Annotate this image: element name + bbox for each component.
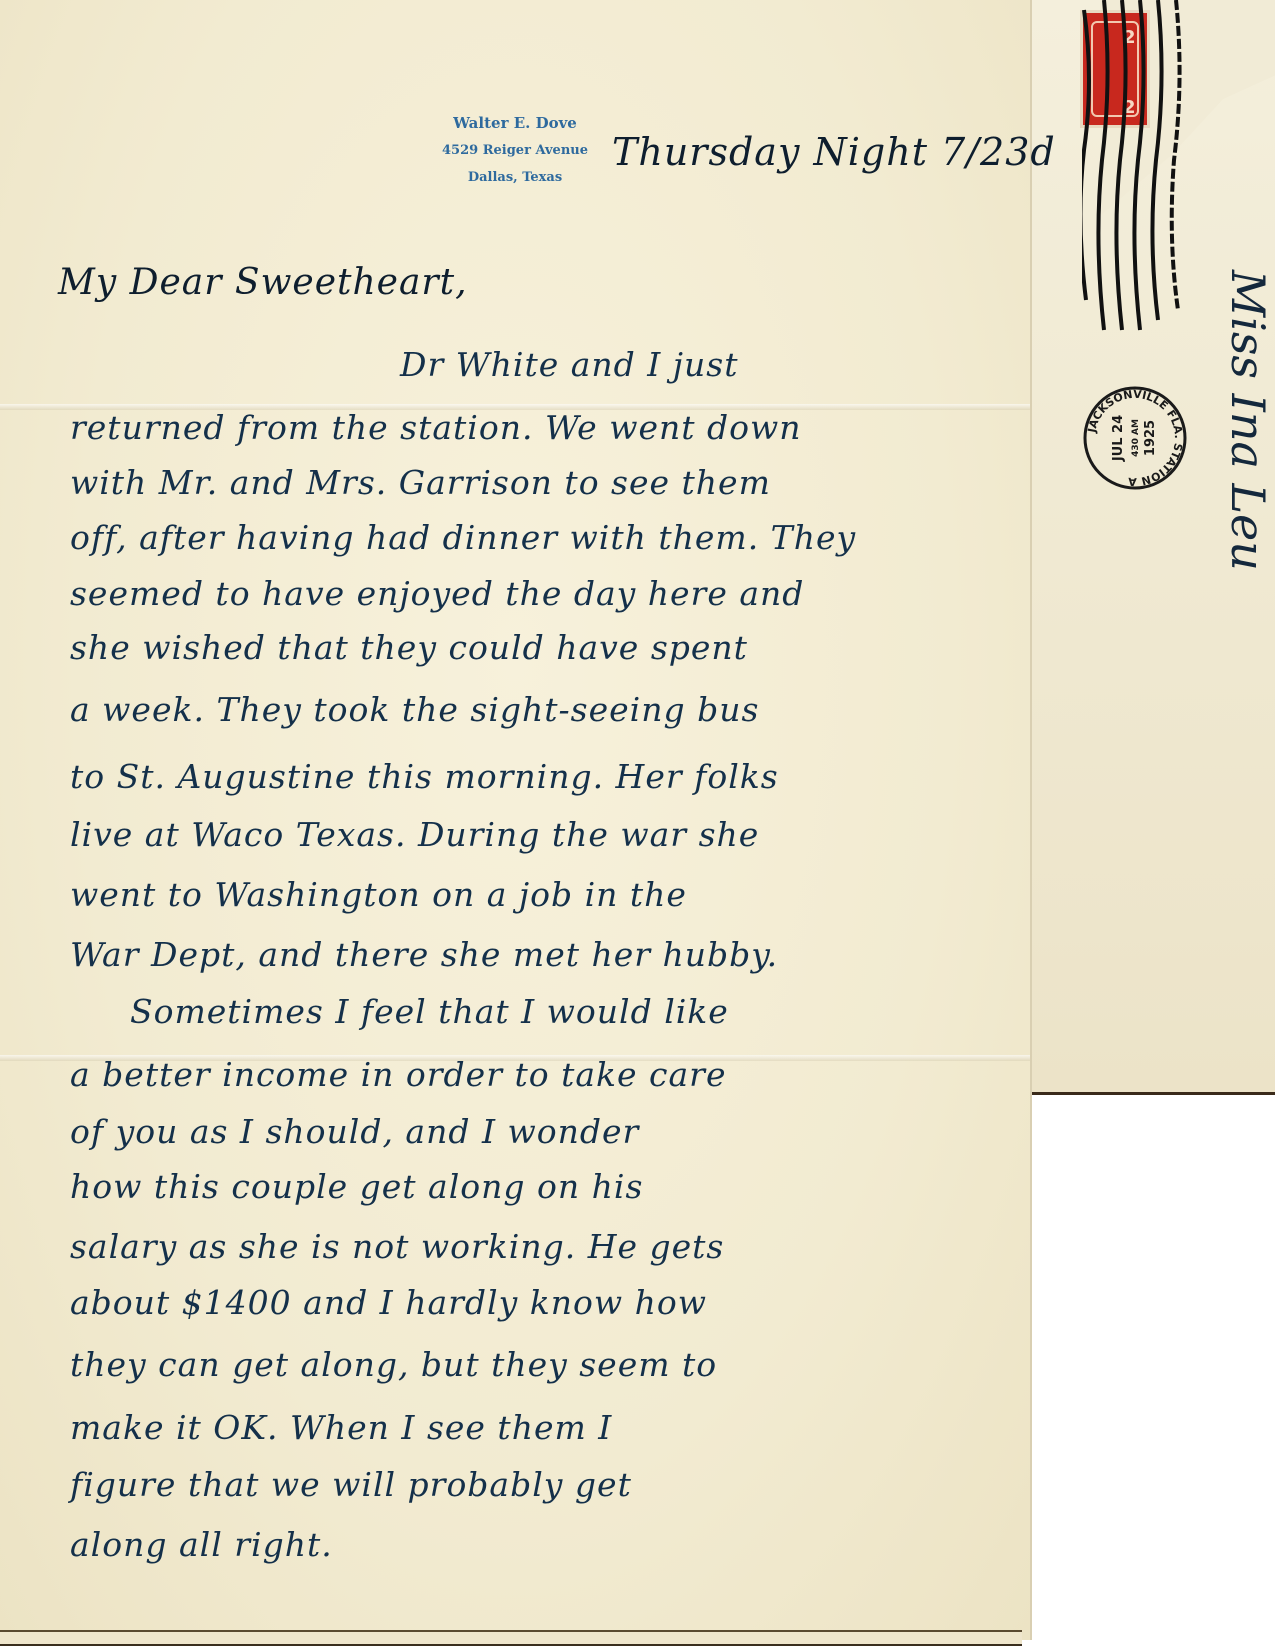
- paper-bottom-edge: [0, 1630, 1022, 1646]
- envelope-address: Miss Ina Leu: [1221, 270, 1275, 571]
- body-line: live at Waco Texas. During the war she: [70, 815, 759, 854]
- body-line: how this couple get along on his: [70, 1167, 643, 1206]
- body-line: about $1400 and I hardly know how: [70, 1283, 707, 1322]
- cancellation-wavy-lines-icon: [1082, 0, 1192, 340]
- body-line: make it OK. When I see them I: [70, 1408, 612, 1447]
- body-line: War Dept, and there she met her hubby.: [70, 935, 778, 974]
- postmark-year: 1925: [1143, 420, 1158, 456]
- postmark-icon: JACKSONVILLE FLA. STATION A JUL 24 430 A…: [1080, 383, 1190, 493]
- letter-date: Thursday Night 7/23d: [612, 130, 1056, 174]
- body-line: off, after having had dinner with them. …: [70, 518, 856, 557]
- salutation: My Dear Sweetheart,: [58, 262, 468, 303]
- body-line: along all right.: [70, 1525, 333, 1564]
- letterhead-address: 4529 Reiger Avenue: [425, 137, 605, 164]
- body-line: to St. Augustine this morning. Her folks: [70, 757, 779, 796]
- body-line: returned from the station. We went down: [70, 408, 801, 447]
- postmark-date: JUL 24: [1111, 415, 1126, 462]
- letterhead-city: Dallas, Texas: [425, 164, 605, 191]
- postmark-time: 430 AM: [1131, 419, 1141, 457]
- letterhead: Walter E. Dove 4529 Reiger Avenue Dallas…: [425, 110, 605, 191]
- body-line: Dr White and I just: [400, 345, 738, 384]
- body-line: went to Washington on a job in the: [70, 875, 687, 914]
- body-line: a better income in order to take care: [70, 1055, 727, 1094]
- body-line: seemed to have enjoyed the day here and: [70, 574, 804, 613]
- body-line: a week. They took the sight-seeing bus: [70, 690, 759, 729]
- body-line: Sometimes I feel that I would like: [130, 992, 729, 1031]
- body-line: they can get along, but they seem to: [70, 1345, 717, 1384]
- letterhead-name: Walter E. Dove: [425, 110, 605, 137]
- body-line: salary as she is not working. He gets: [70, 1227, 724, 1266]
- body-line: figure that we will probably get: [70, 1465, 632, 1504]
- letter-page: Walter E. Dove 4529 Reiger Avenue Dallas…: [0, 0, 1030, 1640]
- body-line: with Mr. and Mrs. Garrison to see them: [70, 463, 771, 502]
- body-line: of you as I should, and I wonder: [70, 1112, 639, 1151]
- body-line: she wished that they could have spent: [70, 628, 748, 667]
